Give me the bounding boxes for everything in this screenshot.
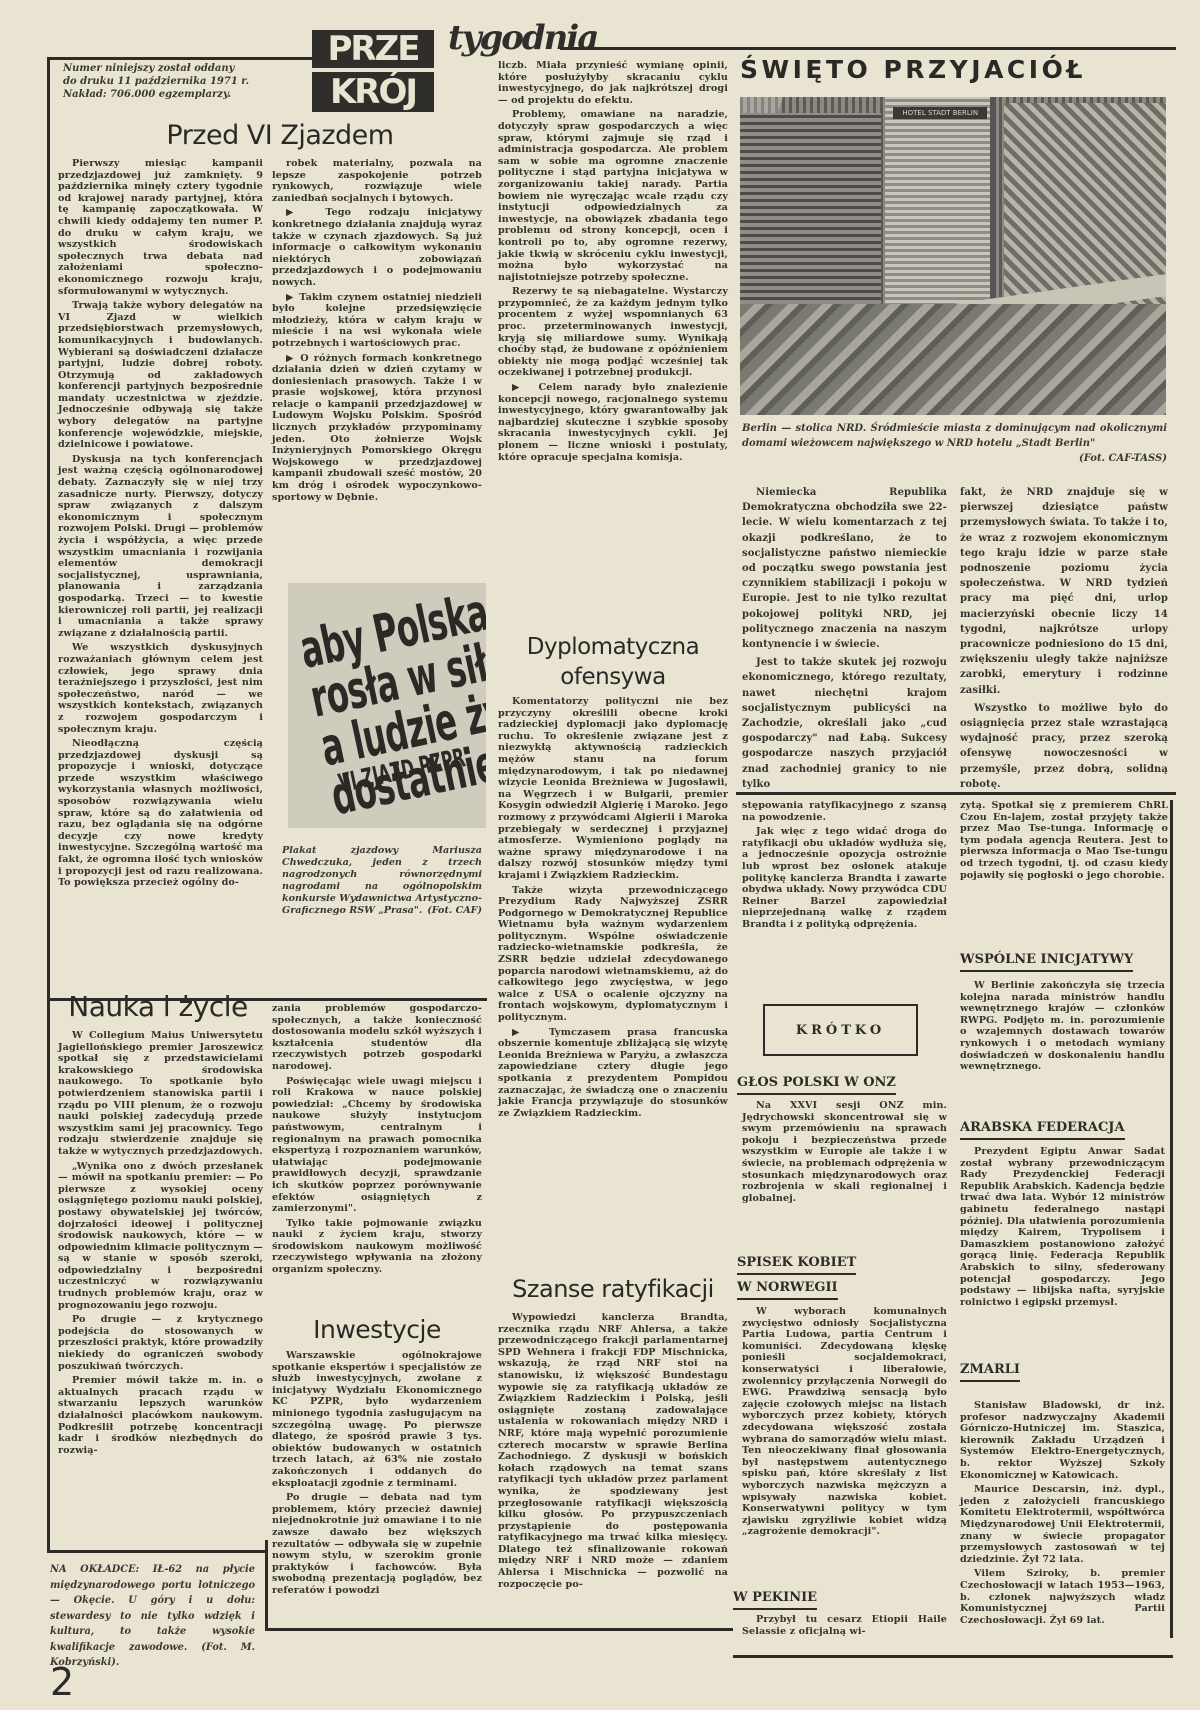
arabska-head: ARABSKA FEDERACJA xyxy=(960,1120,1125,1140)
zjazd-col-2: robek materialny, pozwala na lepsze zasp… xyxy=(272,158,482,506)
inwestycje-p1: Warszawskie ogólnokrajowe spotkanie eksp… xyxy=(272,1350,482,1489)
pekin-head: W PEKINIE xyxy=(733,1590,817,1610)
inwestycje-title: Inwestycje xyxy=(272,1315,482,1344)
zjazd-p4: We wszystkich dyskusyjnych rozważaniach … xyxy=(58,642,263,735)
nauka-col2-p3: Tylko takie pojmowanie związku nauki z ż… xyxy=(272,1218,482,1276)
berlin-p1: Niemiecka Republika Demokratyczna obchod… xyxy=(742,485,947,652)
poster-caption: Plakat zjazdowy Mariusza Chwedczuka, jed… xyxy=(282,845,482,917)
imprint-line-1: Numer niniejszy został oddany xyxy=(63,62,269,75)
imprint-line-2: do druku 11 października 1971 r. xyxy=(63,75,269,88)
nauka-title: Nauka i życie xyxy=(58,990,258,1023)
zjazd-col3-p2: Problemy, omawiane na naradzie, dotyczył… xyxy=(498,109,728,283)
ratyfikacji-body: Wypowiedzi kanclerza Brandta, rzecznika … xyxy=(498,1312,728,1593)
inicjatywy-head: WSPÓLNE INICJATYWY xyxy=(960,952,1133,972)
zjazd-col2-p4: ▶ O różnych formach konkretnego działani… xyxy=(272,353,482,504)
nauka-p1: W Collegium Maius Uniwersytetu Jagielloń… xyxy=(58,1030,263,1158)
berlin-col-2: fakt, że NRD znajduje się w pierwszej dz… xyxy=(960,485,1168,795)
page-number: 2 xyxy=(50,1660,74,1704)
poster-image: aby Polska rosła w siłę, a ludzie żyli d… xyxy=(288,583,486,828)
dyplomatyczna-p1: Komentatorzy polityczni nie bez przyczyn… xyxy=(498,696,728,882)
berlin-col2-p2: Wszystko to możliwe było do osiągnięcia … xyxy=(960,701,1168,792)
onz-body: Na XXVI sesji ONZ min. Jędrychowski skon… xyxy=(742,1100,947,1207)
nauka-bottom-rule xyxy=(47,1550,265,1553)
arabska-text: Prezydent Egiptu Anwar Sadat został wybr… xyxy=(960,1146,1165,1308)
dyplomatyczna-body: Komentatorzy polityczni nie bez przyczyn… xyxy=(498,696,728,1122)
poster-credit: (Fot. CAF) xyxy=(427,905,482,917)
masthead-block-top: PRZE xyxy=(312,30,434,68)
nauka-col-1: W Collegium Maius Uniwersytetu Jagielloń… xyxy=(58,1030,263,1459)
pekin-text: Przybył tu cesarz Etiopii Haile Selassie… xyxy=(742,1614,947,1637)
zjazd-col-1: Pierwszy miesiąc kampanii przedzjazdowej… xyxy=(58,158,263,892)
berlin-title: ŚWIĘTO PRZYJACIÓŁ xyxy=(740,55,1180,84)
nauka-left-rule xyxy=(47,998,50,1553)
zjazd-p3: Dyskusja na tych konferencjach jest ważn… xyxy=(58,454,263,640)
berlin-p2: Jest to także skutek jej rozwoju ekonomi… xyxy=(742,655,947,792)
zjazd-col3-p3: Rezerwy te są niebagatelne. Wystarczy pr… xyxy=(498,286,728,379)
inwestycje-p2: Po drugie — debata nad tym problemem, kt… xyxy=(272,1492,482,1596)
zjazd-title: Przed VI Zjazdem xyxy=(130,120,430,151)
left-frame-rule xyxy=(47,57,50,1002)
zjazd-col3-p4: ▶ Celem narady było znalezienie koncepcj… xyxy=(498,382,728,463)
berlin-col-1: Niemiecka Republika Demokratyczna obchod… xyxy=(742,485,947,795)
zmarli-p3: Vilem Sziroky, b. premier Czechosłowacji… xyxy=(960,1568,1165,1626)
pekin-body: Przybył tu cesarz Etiopii Haile Selassie… xyxy=(742,1614,947,1640)
ratyfikacji-cont-p2: Jak więc z tego widać droga do ratyfikac… xyxy=(742,826,947,930)
photo-low-buildings xyxy=(740,304,1166,415)
nauka-p4: Premier mówił także m. in. o aktualnych … xyxy=(58,1375,263,1456)
dyplomatyczna-title: Dyplomatyczna ofensywa xyxy=(498,632,728,692)
inicjatywy-text: W Berlinie zakończyła się trzecia kolejn… xyxy=(960,980,1165,1073)
zmarli-body: Stanisław Bladowski, dr inż. profesor na… xyxy=(960,1400,1165,1629)
inicjatywy-body: W Berlinie zakończyła się trzecia kolejn… xyxy=(960,980,1165,1076)
zjazd-col3-p1: liczb. Miała przynieść wymianę opinii, k… xyxy=(498,60,728,106)
krotko-box: KRÓTKO xyxy=(763,1004,918,1056)
zjazd-col2-p3: ▶ Takim czynem ostatniej niedzieli było … xyxy=(272,292,482,350)
nauka-p2: „Wynika ono z dwóch przesłanek — mówił n… xyxy=(58,1161,263,1312)
ratyfikacji-cont-p1: stępowania ratyfikacyjnego z szansą na p… xyxy=(742,800,947,823)
zjazd-p2: Trwają także wybory delegatów na VI Zjaz… xyxy=(58,300,263,451)
nauka-col2-p1: zania problemów gospodarczo-społecznych,… xyxy=(272,1003,482,1073)
berlin-credit: (Fot. CAF-TASS) xyxy=(1079,451,1167,466)
dyplomatyczna-title-line-2: ofensywa xyxy=(498,662,728,692)
norwegia-body: W wyborach komunalnych zwycięstwo odnios… xyxy=(742,1306,947,1541)
zmarli-p2: Maurice Descarsin, inż. dypl., jeden z z… xyxy=(960,1484,1165,1565)
top-rule-right xyxy=(560,47,1176,50)
berlin-col2-p1: fakt, że NRD znajduje się w pierwszej dz… xyxy=(960,485,1168,698)
nauka-p3: Po drugie — z krytycznego podejścia do s… xyxy=(58,1314,263,1372)
berlin-bottom-rule xyxy=(736,792,1176,795)
onz-head: GŁOS POLSKI W ONZ xyxy=(737,1075,896,1095)
nauka-col-2: zania problemów gospodarczo-społecznych,… xyxy=(272,1003,482,1279)
zjazd-col2-p2: ▶ Tego rodzaju inicjatywy konkretnego dz… xyxy=(272,207,482,288)
inwestycje-body: Warszawskie ogólnokrajowe spotkanie eksp… xyxy=(272,1350,482,1599)
zjazd-p5: Nieodłączną częścią przedzjazdowej dysku… xyxy=(58,738,263,889)
norwegia-head-2: W NORWEGII xyxy=(737,1280,838,1300)
krotko-right-rule xyxy=(1170,800,1173,1638)
ratyfikacji-title: Szanse ratyfikacji xyxy=(498,1275,728,1303)
berlin-photo: HOTEL STADT BERLIN xyxy=(740,97,1166,415)
berlin-caption: Berlin — stolica NRD. Śródmieście miasta… xyxy=(742,421,1167,466)
dyplomatyczna-p2: Także wizyta przewodniczącego Prezydium … xyxy=(498,885,728,1024)
photo-hotel-sign: HOTEL STADT BERLIN xyxy=(893,107,987,120)
imprint: Numer niniejszy został oddany do druku 1… xyxy=(63,62,269,101)
ratyfikacji-p1: Wypowiedzi kanclerza Brandta, rzecznika … xyxy=(498,1312,728,1590)
cover-caption: NA OKŁADCE: IŁ-62 na płycie międzynarodo… xyxy=(50,1562,255,1671)
berlin-caption-text: Berlin — stolica NRD. Śródmieście miasta… xyxy=(742,423,1167,449)
newspaper-page: PRZE KRÓJ tygodnia Numer niniejszy zosta… xyxy=(0,0,1200,1710)
zmarli-p1: Stanisław Bladowski, dr inż. profesor na… xyxy=(960,1400,1165,1481)
ratyfikacji-cont-col-1: stępowania ratyfikacyjnego z szansą na p… xyxy=(742,800,947,934)
nauka-col2-p2: Poświęcając wiele uwagi miejscu i roli K… xyxy=(272,1076,482,1215)
imprint-line-3: Nakład: 706.000 egzemplarzy. xyxy=(63,88,269,101)
arabska-body: Prezydent Egiptu Anwar Sadat został wybr… xyxy=(960,1146,1165,1311)
dyplomatyczna-title-line-1: Dyplomatyczna xyxy=(498,632,728,662)
zmarli-head: ZMARLI xyxy=(960,1362,1020,1382)
top-rule-left xyxy=(47,57,313,60)
inwestycje-bottom-rule xyxy=(265,1628,733,1631)
norwegia-head-1: SPISEK KOBIET xyxy=(737,1255,856,1275)
zjazd-col-3: liczb. Miała przynieść wymianę opinii, k… xyxy=(498,60,728,466)
photo-block-left xyxy=(740,113,881,304)
norwegia-text: W wyborach komunalnych zwycięstwo odnios… xyxy=(742,1306,947,1538)
dyplomatyczna-p3: ▶ Tymczasem prasa francuska obszernie ko… xyxy=(498,1027,728,1120)
masthead-block-bottom: KRÓJ xyxy=(312,72,434,112)
nauka-right-rule xyxy=(265,1540,268,1630)
pekin-cont-col-2: zytą. Spotkał się z premierem ChRL Czou … xyxy=(960,800,1168,884)
zjazd-p1: Pierwszy miesiąc kampanii przedzjazdowej… xyxy=(58,158,263,297)
zjazd-col2-p1: robek materialny, pozwala na lepsze zasp… xyxy=(272,158,482,204)
krotko-bottom-rule xyxy=(733,1655,1173,1658)
masthead-script: tygodnia xyxy=(448,18,597,58)
onz-text: Na XXVI sesji ONZ min. Jędrychowski skon… xyxy=(742,1100,947,1204)
pekin-cont-p1: zytą. Spotkał się z premierem ChRL Czou … xyxy=(960,800,1168,881)
